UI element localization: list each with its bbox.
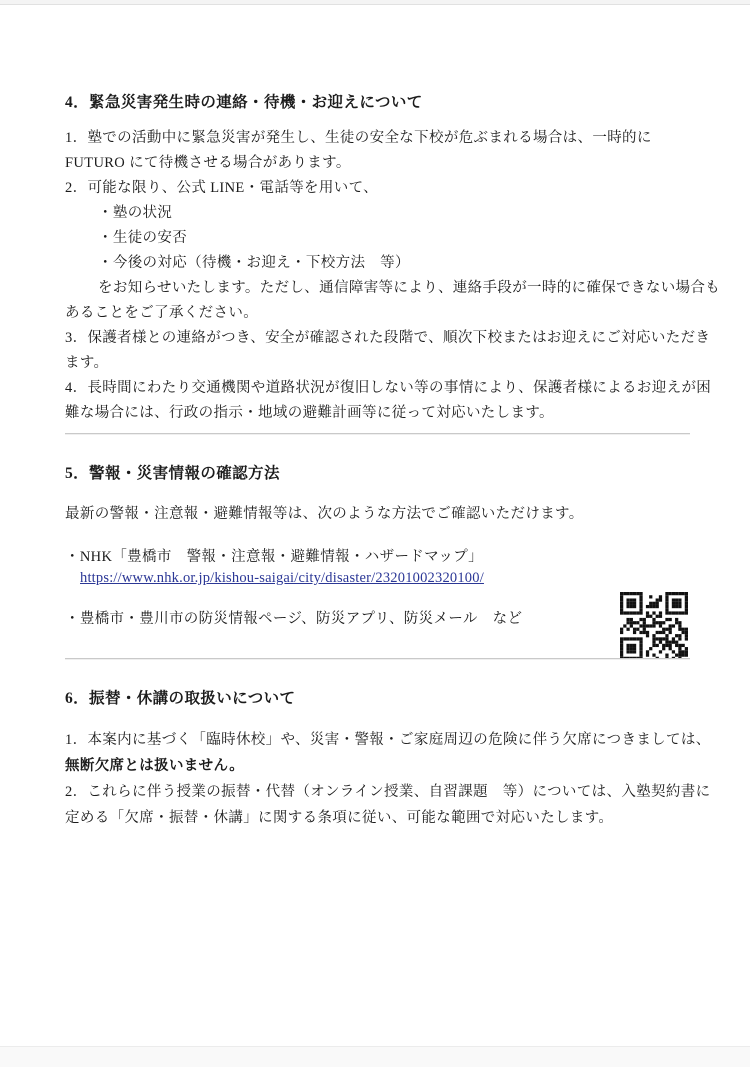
- section4-body: 1．塾での活動中に緊急災害が発生し、生徒の安全な下校が危ぶまれる場合は、一時的に…: [65, 126, 720, 426]
- paragraph-line: 4．長時間にわたり交通機関や道路状況が復旧しない等の事情により、保護者様によるお…: [65, 376, 720, 401]
- paragraph-line: FUTURO にて待機させる場合があります。: [65, 151, 720, 176]
- page-top-edge: [0, 0, 750, 5]
- section5-intro: 最新の警報・注意報・避難情報等は、次のような方法でご確認いただけます。: [65, 502, 584, 523]
- city-bousai-bullet: ・豊橋市・豊川市の防災情報ページ、防災アプリ、防災メール など: [65, 607, 522, 628]
- paragraph-line: 2．これらに伴う授業の振替・代替（オンライン授業、自習課題 等）については、入塾…: [65, 779, 711, 805]
- section6-heading: 6．振替・休講の取扱いについて: [65, 686, 295, 708]
- section-divider: [65, 433, 690, 435]
- bullet-line: ・今後の対応（待機・お迎え・下校方法 等）: [65, 251, 720, 276]
- qr-code: [616, 588, 692, 664]
- paragraph-line: 1．塾での活動中に緊急災害が発生し、生徒の安全な下校が危ぶまれる場合は、一時的に: [65, 126, 720, 151]
- section6-body: 1．本案内に基づく「臨時休校」や、災害・警報・ご家庭周辺の危険に伴う欠席につきま…: [65, 727, 711, 831]
- nhk-bullet: ・NHK「豊橋市 警報・注意報・避難情報・ハザードマップ」: [65, 545, 483, 566]
- section4-heading: 4．緊急災害発生時の連絡・待機・お迎えについて: [65, 90, 423, 112]
- paragraph-line: をお知らせいたします。ただし、通信障害等により、連絡手段が一時的に確保できない場…: [65, 276, 720, 301]
- paragraph-line: 2．可能な限り、公式 LINE・電話等を用いて、: [65, 176, 720, 201]
- paragraph-line: 難な場合には、行政の指示・地域の避難計画等に従って対応いたします。: [65, 401, 720, 426]
- bullet-line: ・生徒の安否: [65, 226, 720, 251]
- bullet-line: ・塾の状況: [65, 201, 720, 226]
- paragraph-line: あることをご了承ください。: [65, 301, 720, 326]
- paragraph-line: 3．保護者様との連絡がつき、安全が確認された段階で、順次下校またはお迎えにご対応…: [65, 326, 720, 351]
- nhk-disaster-link[interactable]: https://www.nhk.or.jp/kishou-saigai/city…: [80, 570, 484, 587]
- section5-heading: 5．警報・災害情報の確認方法: [65, 461, 280, 483]
- paragraph-line: 1．本案内に基づく「臨時休校」や、災害・警報・ご家庭周辺の危険に伴う欠席につきま…: [65, 727, 711, 753]
- paragraph-line-emphasis: 無断欠席とは扱いません。: [65, 753, 711, 779]
- paragraph-line: ます。: [65, 351, 720, 376]
- paragraph-line: 定める「欠席・振替・休講」に関する条項に従い、可能な範囲で対応いたします。: [65, 805, 711, 831]
- page-bottom-edge: [0, 1046, 750, 1067]
- section-divider: [65, 658, 690, 660]
